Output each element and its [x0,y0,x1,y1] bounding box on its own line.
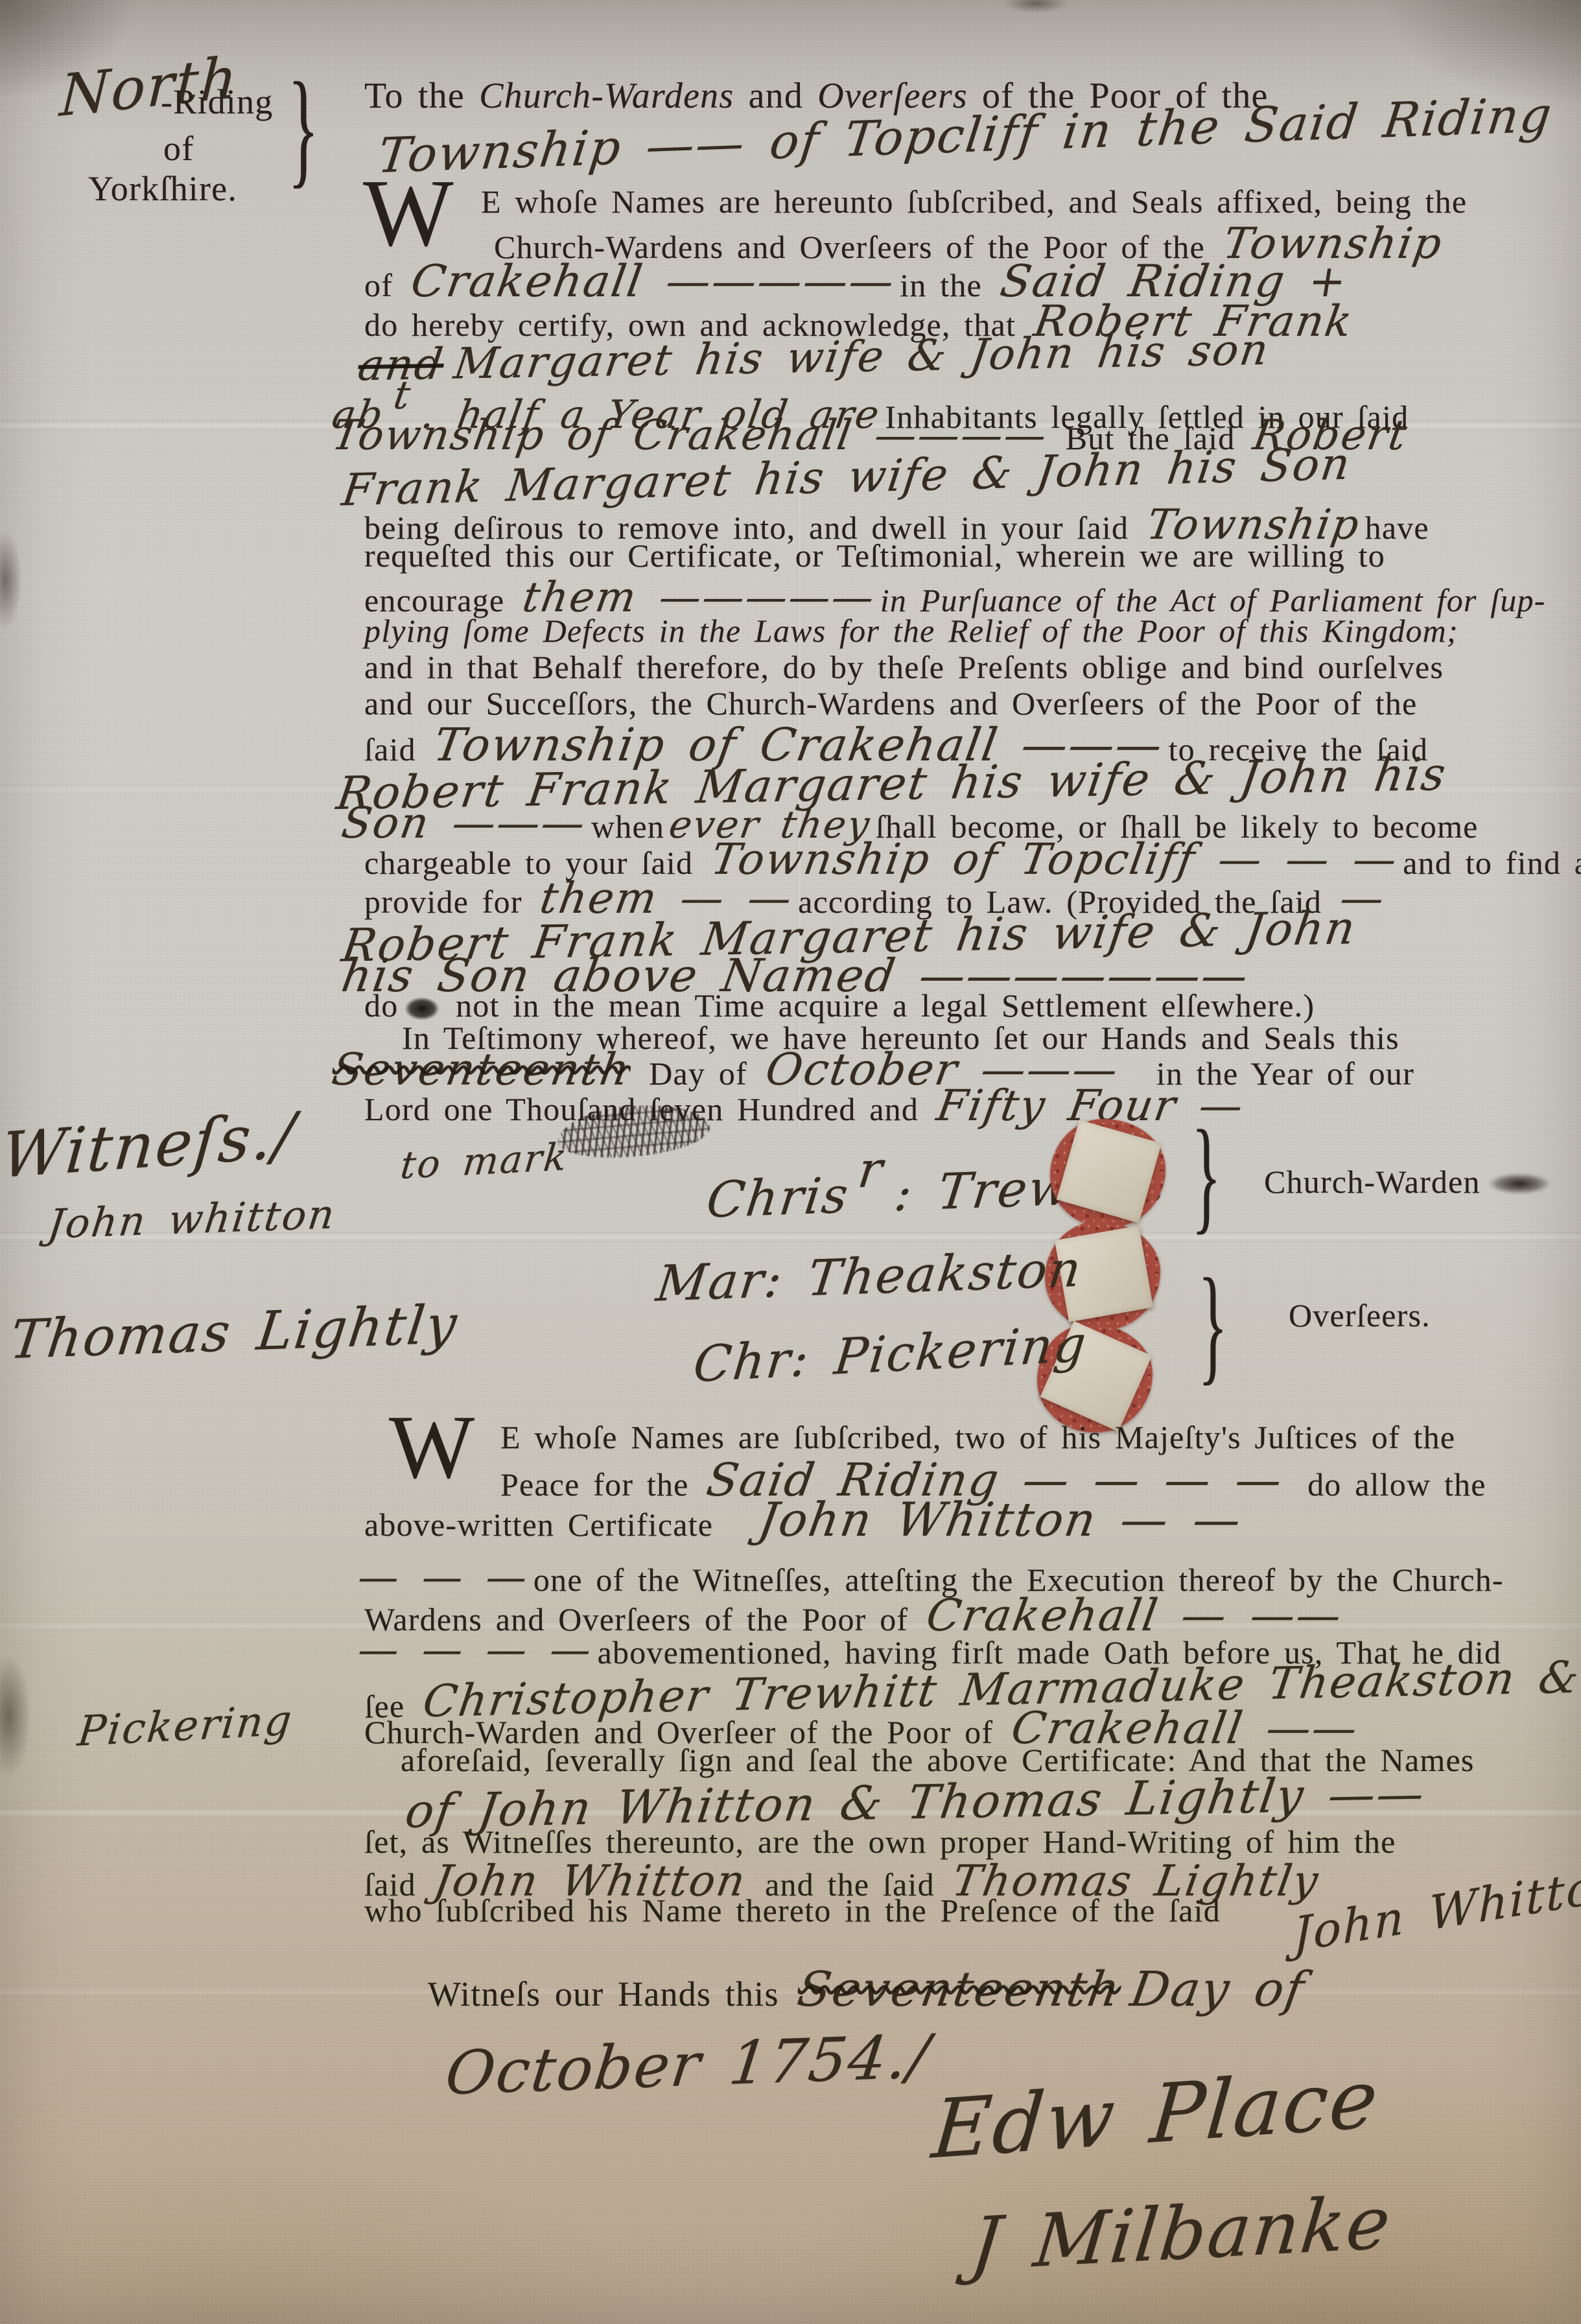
document-page: North -Riding of Yorkſhire. } To the Chu… [0,0,1581,2324]
brace-overseers: } [1198,1258,1228,1390]
header-brace: } [288,62,320,193]
overseers-label: Overſeers. [1289,1298,1431,1333]
line-set-as-witnesses: ſet, as Witneſſes thereunto, are the own… [364,1824,1396,1859]
county-of-label: of [163,130,194,167]
john-whitton-right-signature: John Whitton [1284,1857,1581,1962]
chr-pickering-signature: Chr: Pickering [687,1317,1094,1392]
line-we-subscribed-justices: E whoſe Names are ſubſcribed, two of his… [500,1420,1455,1455]
line-plying-defects: plying ſome Defects in the Laws for the … [364,613,1458,648]
edw-place-signature: Edw Place [924,2056,1387,2175]
dropcap-we-1: W [363,176,454,251]
county-riding-label: -Riding [161,83,273,121]
mar-theakston-signature: Mar: Theakston [651,1242,1088,1311]
wax-seal-1 [1050,1119,1165,1228]
line-requested-certificate: requeſted this our Certificate, or Teſti… [364,538,1385,573]
line-behalf-presents: and in that Behalf therefore, do by theſ… [364,650,1444,685]
county-yorkshire-label: Yorkſhire. [88,170,237,207]
margin-pickering: Pickering [71,1698,299,1755]
thomas-lightly-signature: Thomas Lightly [5,1297,464,1370]
line-october-1754: October 1754./ [439,2025,936,2107]
churchwarden-label: Church-Warden [1264,1164,1551,1199]
line-we-whose-names: E whoſe Names are hereunto ſubſcribed, a… [481,184,1467,219]
brace-churchwarden: } [1191,1110,1222,1239]
milbanke-signature: J Milbanke [964,2184,1398,2286]
edge-shadow [0,1654,31,1778]
edge-shadow [0,532,22,629]
line-above-written: above-written Certificate John Whitton —… [364,1495,1247,1545]
edge-nick [1003,0,1068,13]
line-do-not-mean-time: do not in the mean Time acquire a legal … [364,988,1315,1023]
witness-to-mark: to mark [395,1136,575,1187]
line-witness-our-hands: Witneſs our Hands this Seventeenth Day o… [428,1964,1310,2016]
line-who-subscribed: who ſubſcribed his Name thereto in the P… [364,1893,1221,1928]
dropcap-we-2: W [389,1412,474,1483]
john-whitton-witness: John whitton [42,1193,342,1247]
line-successors: and our Succeſſors, the Church-Wardens a… [364,686,1417,721]
witness-script: Witneſs./ [0,1102,303,1190]
